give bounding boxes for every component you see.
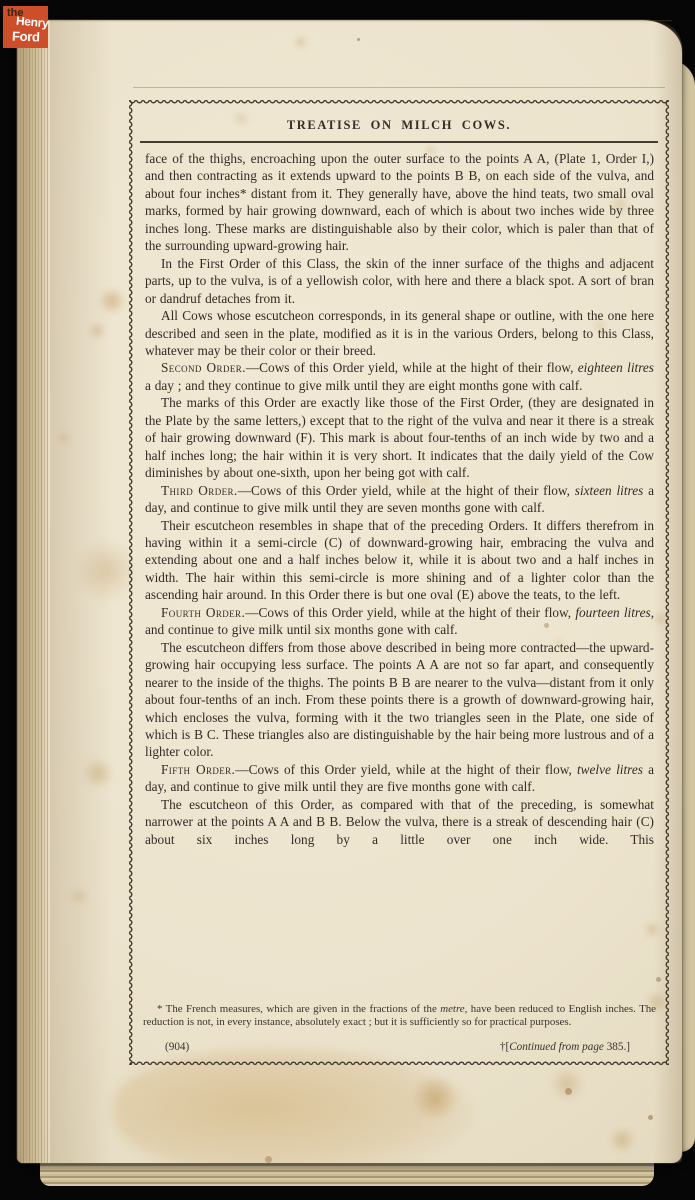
body-text: face of the thighs, encroaching upon the… — [129, 150, 669, 848]
gutter-shadow — [51, 20, 113, 1163]
paragraph: The escutcheon of this Order, as compare… — [145, 796, 654, 848]
wavy-border-top — [129, 100, 669, 107]
paragraph: The escutcheon differs from those above … — [145, 639, 654, 761]
book-page: TREATISE ON MILCH COWS. face of the thig… — [17, 20, 682, 1163]
paragraph: The marks of this Order are exactly like… — [145, 394, 654, 481]
paragraph: Second Order.—Cows of this Order yield, … — [145, 359, 654, 394]
paragraph: Fifth Order.—Cows of this Order yield, w… — [145, 761, 654, 796]
footnote: * The French measures, which are given i… — [143, 1003, 656, 1029]
signature-number: (904) — [165, 1041, 189, 1053]
page-border-frame: TREATISE ON MILCH COWS. face of the thig… — [129, 100, 669, 1065]
paragraph: Their escutcheon resembles in shape that… — [145, 517, 654, 604]
henry-ford-logo: the Henry Ford — [3, 6, 48, 48]
page-edge-stack-left — [17, 20, 51, 1163]
page-footer: (904) †[Continued from page 385.] — [143, 1041, 656, 1055]
paragraph: In the First Order of this Class, the sk… — [145, 255, 654, 307]
wavy-border-bottom — [129, 1058, 669, 1065]
wavy-border-right — [662, 100, 669, 1065]
wavy-border-left — [129, 100, 136, 1065]
paragraph: Third Order.—Cows of this Order yield, w… — [145, 482, 654, 517]
continued-from-note: †[Continued from page 385.] — [500, 1041, 630, 1053]
page-top-edge — [23, 20, 672, 22]
embossed-line — [133, 87, 665, 88]
paragraph: Fourth Order.—Cows of this Order yield, … — [145, 604, 654, 639]
paragraph: All Cows whose escutcheon corresponds, i… — [145, 307, 654, 359]
logo-word-ford: Ford — [12, 29, 40, 45]
header-rule — [140, 141, 658, 143]
paragraph: face of the thighs, encroaching upon the… — [145, 150, 654, 255]
photographed-book-spread: { "branding": { "logo": { "word1": "the"… — [0, 0, 695, 1200]
